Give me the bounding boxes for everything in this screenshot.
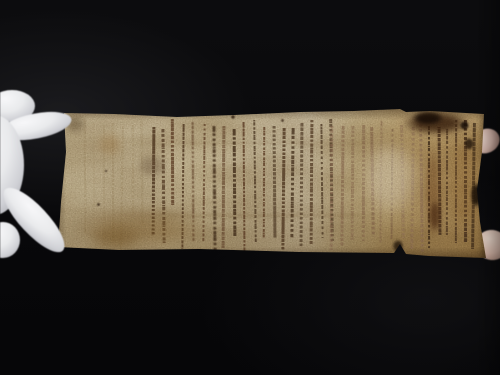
text-column <box>140 121 143 225</box>
text-column <box>446 129 448 235</box>
text-column <box>103 124 105 245</box>
text-column <box>455 120 457 243</box>
text-column <box>212 126 216 252</box>
glove-knuckle-bottom <box>0 222 20 258</box>
text-column <box>471 123 475 249</box>
text-column <box>361 125 364 241</box>
stain-dot-a <box>230 114 236 120</box>
text-column <box>428 126 430 248</box>
text-column <box>463 120 467 243</box>
stain-burn-halo <box>390 107 482 139</box>
stain-streak-knot <box>426 193 444 239</box>
stain-pale-patch <box>350 125 430 231</box>
text-column <box>181 124 184 249</box>
text-column <box>202 124 206 242</box>
text-column <box>340 126 344 246</box>
stain-right-wash <box>442 113 484 255</box>
stain-crease-low <box>58 213 482 218</box>
photo-manuscript-scene <box>0 0 500 375</box>
text-column <box>243 122 246 251</box>
text-column <box>152 127 156 236</box>
text-column <box>171 119 174 205</box>
stain-bottom-left-deep <box>78 221 154 255</box>
text-column <box>262 127 265 239</box>
parchment-mottle-texture <box>54 107 490 260</box>
stain-streak <box>422 125 444 259</box>
text-column <box>329 119 333 243</box>
text-column <box>420 124 424 252</box>
text-column <box>281 128 285 251</box>
text-column <box>162 129 166 243</box>
stain-layer <box>54 107 490 260</box>
text-column <box>391 129 394 240</box>
text-column <box>370 127 374 237</box>
text-column <box>330 126 333 250</box>
stain-edge-spot-a <box>458 119 471 132</box>
text-column <box>290 128 294 238</box>
text-column <box>120 126 124 252</box>
text-column <box>112 123 114 242</box>
text-column <box>192 121 195 240</box>
stain-dot-b <box>280 118 285 123</box>
text-column <box>320 123 323 237</box>
text-column <box>222 126 225 248</box>
text-column <box>92 123 94 239</box>
stain-burn-core <box>406 108 450 128</box>
text-column <box>310 120 314 244</box>
gloved-hand-left <box>0 90 86 265</box>
stain-crease-high <box>60 141 480 145</box>
text-column <box>350 125 354 239</box>
parchment-scroll <box>54 107 490 260</box>
stain-smudge <box>132 151 172 181</box>
text-column <box>273 126 277 238</box>
stain-notch-shadow <box>390 237 406 255</box>
text-column <box>253 120 257 242</box>
text-column <box>437 127 441 235</box>
text-column <box>410 127 415 249</box>
text-column <box>380 120 383 242</box>
text-column <box>299 123 303 246</box>
parchment-grain-texture <box>54 107 490 260</box>
stain-dot-d <box>104 169 108 173</box>
parchment-edge-shading <box>54 107 490 260</box>
stain-dot-c <box>96 202 101 207</box>
stain-edge-spot-b <box>462 135 476 153</box>
stain-edge-spot-c <box>468 177 484 213</box>
text-column <box>400 125 404 238</box>
text-column <box>233 128 236 236</box>
text-column <box>131 124 133 214</box>
manuscript-text-columns <box>54 107 490 260</box>
stain-round-stain <box>92 126 128 162</box>
